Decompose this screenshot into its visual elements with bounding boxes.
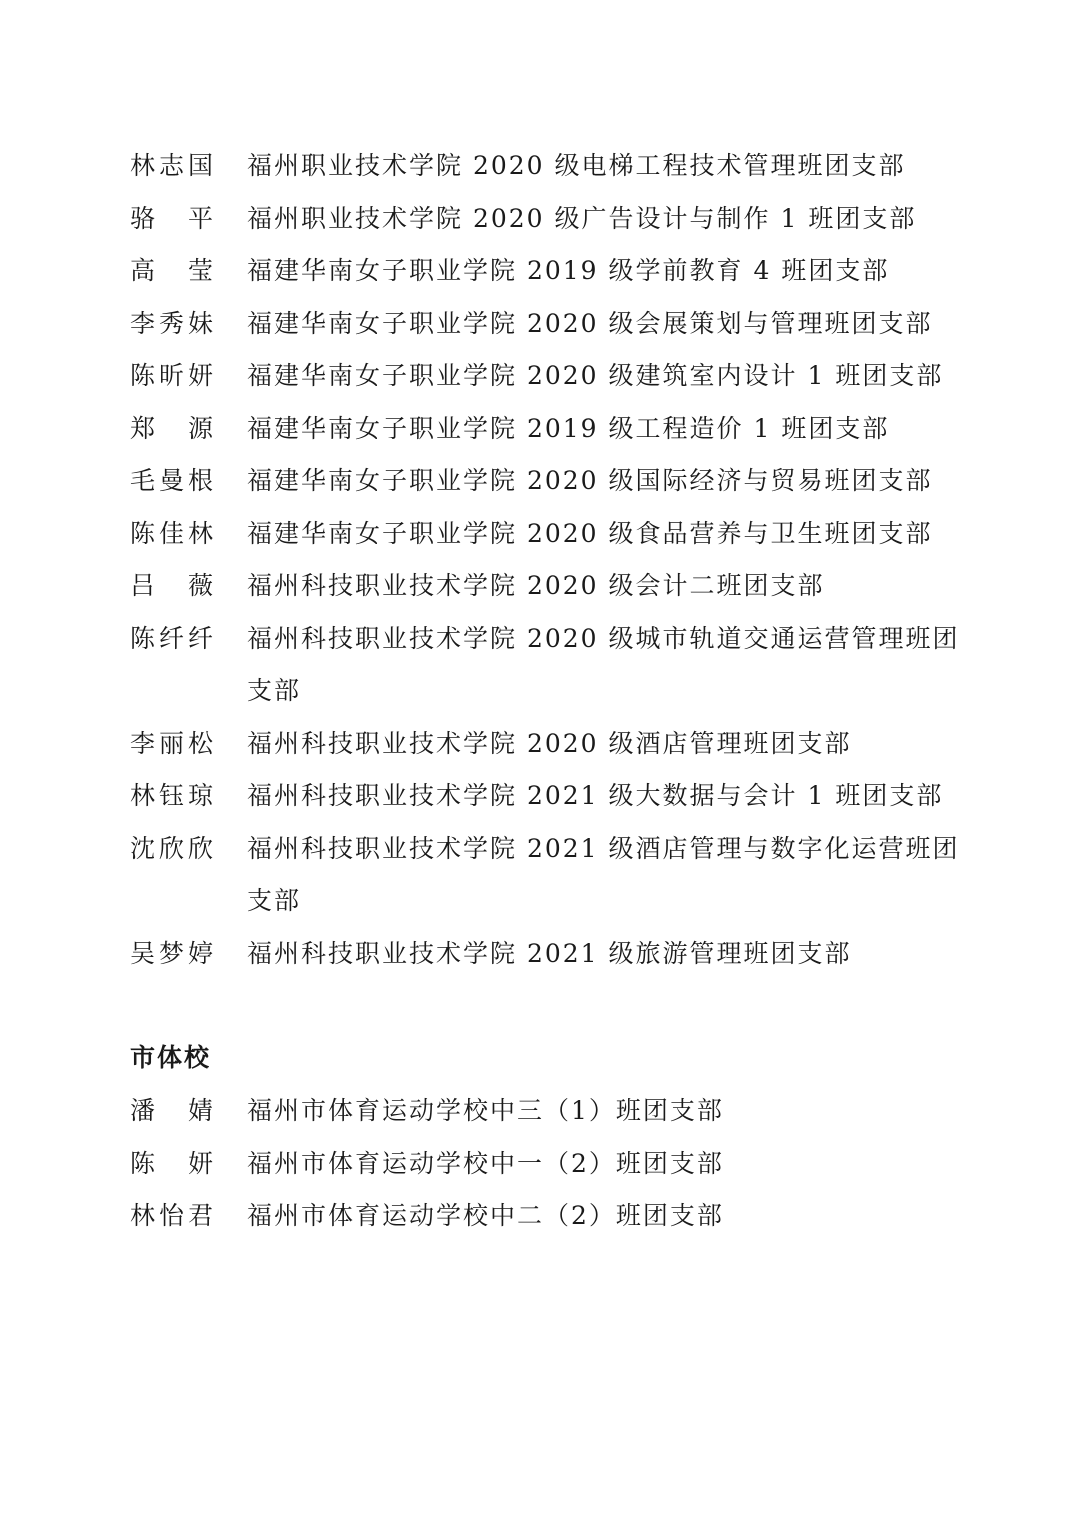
name-char: 志 — [159, 140, 186, 193]
organization: 福建华南女子职业学院 2019 级工程造价 1 班团支部 — [247, 403, 960, 456]
name-char: 君 — [188, 1190, 215, 1243]
name-char: 沈 — [130, 823, 157, 876]
list-item: 林怡君 福州市体育运动学校中二（2）班团支部 — [130, 1190, 960, 1243]
person-name: 陈纤纤 — [130, 613, 247, 666]
person-name: 骆平 — [130, 193, 247, 246]
list-item: 吕薇 福州科技职业技术学院 2020 级会计二班团支部 — [130, 560, 960, 613]
list-item: 毛曼根 福建华南女子职业学院 2020 级国际经济与贸易班团支部 — [130, 455, 960, 508]
person-name: 潘婧 — [130, 1085, 247, 1138]
list-item: 吴梦婷 福州科技职业技术学院 2021 级旅游管理班团支部 — [130, 928, 960, 981]
list-item: 陈妍 福州市体育运动学校中一（2）班团支部 — [130, 1138, 960, 1191]
name-char: 婧 — [188, 1085, 215, 1138]
person-name: 吕薇 — [130, 560, 247, 613]
list-item: 骆平 福州职业技术学院 2020 级广告设计与制作 1 班团支部 — [130, 193, 960, 246]
organization: 福州科技职业技术学院 2020 级城市轨道交通运营管理班团支部 — [247, 613, 960, 718]
name-char: 平 — [188, 193, 215, 246]
name-char: 梦 — [159, 928, 186, 981]
person-name: 郑源 — [130, 403, 247, 456]
organization: 福州科技职业技术学院 2021 级旅游管理班团支部 — [247, 928, 960, 981]
person-name: 陈昕妍 — [130, 350, 247, 403]
organization: 福州职业技术学院 2020 级电梯工程技术管理班团支部 — [247, 140, 960, 193]
name-char: 昕 — [159, 350, 186, 403]
name-char: 林 — [188, 508, 215, 561]
person-name: 陈妍 — [130, 1138, 247, 1191]
name-char: 吴 — [130, 928, 157, 981]
name-char: 陈 — [130, 1138, 157, 1191]
list-item: 高莹 福建华南女子职业学院 2019 级学前教育 4 班团支部 — [130, 245, 960, 298]
organization: 福建华南女子职业学院 2020 级建筑室内设计 1 班团支部 — [247, 350, 960, 403]
name-char: 妍 — [188, 1138, 215, 1191]
person-name: 吴梦婷 — [130, 928, 247, 981]
name-char: 琼 — [188, 770, 215, 823]
name-char: 秀 — [159, 298, 186, 351]
name-char: 骆 — [130, 193, 157, 246]
name-char: 怡 — [159, 1190, 186, 1243]
name-char: 妍 — [188, 350, 215, 403]
person-name: 陈佳林 — [130, 508, 247, 561]
person-name: 林钰琼 — [130, 770, 247, 823]
name-char: 林 — [130, 770, 157, 823]
name-char: 欣 — [159, 823, 186, 876]
name-char: 曼 — [159, 455, 186, 508]
organization: 福州市体育运动学校中二（2）班团支部 — [247, 1190, 960, 1243]
organization: 福州科技职业技术学院 2020 级会计二班团支部 — [247, 560, 960, 613]
organization: 福州市体育运动学校中三（1）班团支部 — [247, 1085, 960, 1138]
name-char: 婷 — [188, 928, 215, 981]
organization: 福建华南女子职业学院 2020 级食品营养与卫生班团支部 — [247, 508, 960, 561]
name-char: 纤 — [188, 613, 215, 666]
person-name: 林怡君 — [130, 1190, 247, 1243]
list-item: 郑源 福建华南女子职业学院 2019 级工程造价 1 班团支部 — [130, 403, 960, 456]
list-item: 潘婧 福州市体育运动学校中三（1）班团支部 — [130, 1085, 960, 1138]
name-char: 佳 — [159, 508, 186, 561]
name-char: 陈 — [130, 508, 157, 561]
name-char: 李 — [130, 298, 157, 351]
name-char: 潘 — [130, 1085, 157, 1138]
name-char: 陈 — [130, 613, 157, 666]
name-char: 林 — [130, 1190, 157, 1243]
person-name: 沈欣欣 — [130, 823, 247, 876]
name-char: 林 — [130, 140, 157, 193]
name-char: 纤 — [159, 613, 186, 666]
section-heading: 市体校 — [130, 1032, 211, 1084]
organization: 福州职业技术学院 2020 级广告设计与制作 1 班团支部 — [247, 193, 960, 246]
list-item: 林志国 福州职业技术学院 2020 级电梯工程技术管理班团支部 — [130, 140, 960, 193]
list-item: 李秀妹 福建华南女子职业学院 2020 级会展策划与管理班团支部 — [130, 298, 960, 351]
name-char: 欣 — [188, 823, 215, 876]
name-char: 高 — [130, 245, 157, 298]
honoree-list-sports-school: 潘婧 福州市体育运动学校中三（1）班团支部 陈妍 福州市体育运动学校中一（2）班… — [130, 1085, 960, 1243]
name-char: 李 — [130, 718, 157, 771]
organization: 福州市体育运动学校中一（2）班团支部 — [247, 1138, 960, 1191]
name-char: 薇 — [188, 560, 215, 613]
name-char: 松 — [188, 718, 215, 771]
organization: 福州科技职业技术学院 2021 级酒店管理与数字化运营班团支部 — [247, 823, 960, 928]
organization: 福建华南女子职业学院 2020 级会展策划与管理班团支部 — [247, 298, 960, 351]
person-name: 李秀妹 — [130, 298, 247, 351]
name-char: 毛 — [130, 455, 157, 508]
person-name: 林志国 — [130, 140, 247, 193]
organization: 福州科技职业技术学院 2021 级大数据与会计 1 班团支部 — [247, 770, 960, 823]
name-char: 丽 — [159, 718, 186, 771]
person-name: 高莹 — [130, 245, 247, 298]
name-char: 国 — [188, 140, 215, 193]
name-char: 源 — [188, 403, 215, 456]
organization: 福建华南女子职业学院 2019 级学前教育 4 班团支部 — [247, 245, 960, 298]
person-name: 李丽松 — [130, 718, 247, 771]
name-char: 根 — [188, 455, 215, 508]
name-char: 郑 — [130, 403, 157, 456]
list-item: 陈纤纤 福州科技职业技术学院 2020 级城市轨道交通运营管理班团支部 — [130, 613, 960, 718]
list-item: 沈欣欣 福州科技职业技术学院 2021 级酒店管理与数字化运营班团支部 — [130, 823, 960, 928]
organization: 福建华南女子职业学院 2020 级国际经济与贸易班团支部 — [247, 455, 960, 508]
list-item: 陈昕妍 福建华南女子职业学院 2020 级建筑室内设计 1 班团支部 — [130, 350, 960, 403]
person-name: 毛曼根 — [130, 455, 247, 508]
name-char: 钰 — [159, 770, 186, 823]
organization: 福州科技职业技术学院 2020 级酒店管理班团支部 — [247, 718, 960, 771]
name-char: 吕 — [130, 560, 157, 613]
name-char: 陈 — [130, 350, 157, 403]
name-char: 莹 — [188, 245, 215, 298]
document-page: 林志国 福州职业技术学院 2020 级电梯工程技术管理班团支部 骆平 福州职业技… — [0, 0, 1080, 1527]
name-char: 妹 — [188, 298, 215, 351]
honoree-list-vocational: 林志国 福州职业技术学院 2020 级电梯工程技术管理班团支部 骆平 福州职业技… — [130, 140, 960, 980]
list-item: 李丽松 福州科技职业技术学院 2020 级酒店管理班团支部 — [130, 718, 960, 771]
list-item: 林钰琼 福州科技职业技术学院 2021 级大数据与会计 1 班团支部 — [130, 770, 960, 823]
list-item: 陈佳林 福建华南女子职业学院 2020 级食品营养与卫生班团支部 — [130, 508, 960, 561]
